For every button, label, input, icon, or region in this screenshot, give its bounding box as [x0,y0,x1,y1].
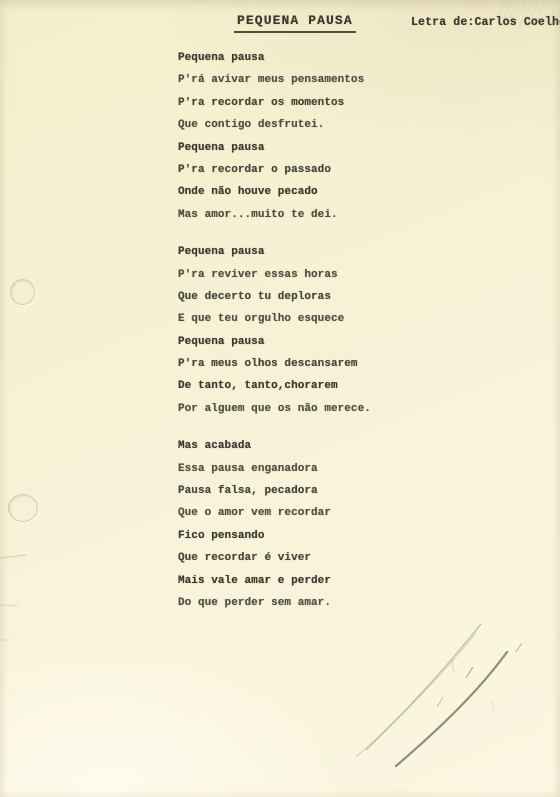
lyric-line: De tanto, tanto,chorarem [178,375,371,397]
stanza-1: Pequena pausa P'rá avivar meus pensament… [178,47,371,226]
lyric-line: Por alguem que os não merece. [178,398,371,420]
page-title: PEQUENA PAUSA [234,13,356,33]
lyric-line: Que o amor vem recordar [178,502,371,524]
lyric-line: Pequena pausa [178,47,371,69]
lyric-line: Mas amor...muito te dei. [178,204,371,226]
lyric-line: Pequena pausa [178,331,371,353]
punch-hole-top [10,279,35,305]
lyric-line: P'rá avivar meus pensamentos [178,69,371,91]
stanza-2: Pequena pausa P'ra reviver essas horas Q… [178,241,371,420]
lyric-line: Que contigo desfrutei. [178,114,371,136]
stanza-3: Mas acabada Essa pausa enganadora Pausa … [178,435,371,614]
lyric-line: E que teu orgulho esquece [178,308,371,330]
lyric-line: Que decerto tu deploras [178,286,371,308]
lyric-line: Pequena pausa [178,241,371,263]
lyric-line: P'ra recordar o passado [178,159,371,181]
lyrics-body: Pequena pausa P'rá avivar meus pensament… [178,47,371,629]
lyric-line: Mas acabada [178,435,371,457]
lyric-line: Onde não houve pecado [178,181,371,203]
ink-smudge [498,0,560,26]
lyric-line: Pequena pausa [178,137,371,159]
lyric-line: P'ra recordar os momentos [178,92,371,114]
lyric-line: Que recordar é viver [178,547,371,569]
lyric-line: Do que perder sem amar. [178,592,371,614]
punch-hole-bottom [8,494,38,522]
lyric-line: P'ra reviver essas horas [178,264,371,286]
lyric-line: Pausa falsa, pecadora [178,480,371,502]
lyric-line: Mais vale amar e perder [178,570,371,592]
lyric-line: Fico pensando [178,525,371,547]
lyric-line: Essa pausa enganadora [178,458,371,480]
lyric-line: P'ra meus olhos descansarem [178,353,371,375]
